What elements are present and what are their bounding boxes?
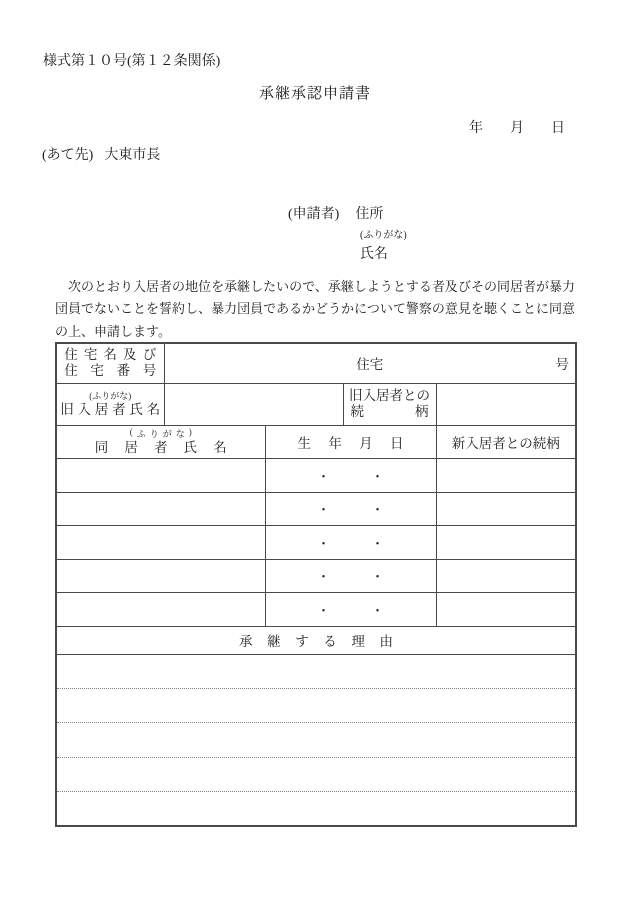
page: { "doc": { "form_number": "様式第１０号(第１２条関係… bbox=[0, 0, 630, 903]
reason-line bbox=[57, 655, 575, 688]
cohabitant-name-cell bbox=[56, 559, 265, 592]
birthdate-header: 生年月日 bbox=[298, 432, 404, 452]
date-dot: ・ bbox=[371, 499, 384, 518]
old-relation-label-line2: 続柄 bbox=[351, 404, 429, 421]
address-label: 住所 bbox=[355, 207, 383, 222]
date-dot: ・ bbox=[317, 466, 330, 485]
body-paragraph: 次のとおり入居者の地位を承継したいので、承継しようとする者及びその同居者が暴力団… bbox=[55, 276, 575, 343]
housing-name-label-line2: 住宅番号 bbox=[64, 363, 156, 380]
year-label: 年 bbox=[469, 121, 483, 136]
reason-header-row: 承継する理由 bbox=[56, 626, 576, 654]
date-dot: ・ bbox=[371, 533, 384, 552]
old-resident-label-cell: (ふりがな) 旧入居者氏名 bbox=[56, 383, 164, 425]
reason-area-row bbox=[56, 654, 576, 826]
cohabitant-name-header-cell: (ふりがな) 同居者氏名 bbox=[56, 425, 265, 458]
birthdate-header-cell: 生年月日 bbox=[265, 425, 436, 458]
housing-value-text: 住宅 bbox=[356, 357, 383, 372]
cohabitant-furigana: (ふりがな) bbox=[130, 427, 192, 440]
cohabitant-row-3: ・・ bbox=[56, 525, 576, 559]
date-dot: ・ bbox=[317, 600, 330, 619]
old-resident-row: (ふりがな) 旧入居者氏名 旧入居者との 続柄 bbox=[56, 383, 576, 425]
birthdate-cell: ・・ bbox=[265, 492, 436, 525]
date-dot: ・ bbox=[317, 533, 330, 552]
cohabitant-row-4: ・・ bbox=[56, 559, 576, 592]
application-form-sheet: 様式第１０号(第１２条関係) 承継承認申請書 年月日 (あて先)大東市長 (申請… bbox=[0, 0, 630, 903]
cohabitant-name-cell bbox=[56, 592, 265, 626]
addressee-name: 大東市長 bbox=[104, 148, 160, 163]
cohabitant-row-5: ・・ bbox=[56, 592, 576, 626]
applicant-label: (申請者) bbox=[288, 207, 339, 222]
birthdate-cell: ・・ bbox=[265, 559, 436, 592]
old-relation-input-cell bbox=[436, 383, 576, 425]
day-label: 日 bbox=[551, 121, 565, 136]
addressee-line: (あて先)大東市長 bbox=[42, 144, 160, 164]
reason-writing-area bbox=[56, 654, 576, 826]
cohabitant-row-1: ・・ bbox=[56, 458, 576, 492]
reason-line bbox=[57, 688, 575, 722]
new-relation-header: 新入居者との続柄 bbox=[436, 425, 576, 458]
cohabitant-row-2: ・・ bbox=[56, 492, 576, 525]
birthdate-cell: ・・ bbox=[265, 592, 436, 626]
date-dot: ・ bbox=[371, 466, 384, 485]
applicant-name-label: 氏名 bbox=[360, 243, 388, 263]
old-resident-furigana: (ふりがな) bbox=[57, 390, 164, 402]
date-dot: ・ bbox=[371, 600, 384, 619]
birthdate-cell: ・・ bbox=[265, 525, 436, 559]
date-dot: ・ bbox=[317, 566, 330, 585]
housing-name-label-line1: 住宅名及び bbox=[64, 347, 156, 364]
new-relation-cell bbox=[436, 559, 576, 592]
new-relation-cell bbox=[436, 592, 576, 626]
cohabitant-name-header: 同居者氏名 bbox=[95, 440, 227, 456]
new-relation-cell bbox=[436, 525, 576, 559]
new-relation-cell bbox=[436, 492, 576, 525]
reason-line bbox=[57, 791, 575, 825]
date-dot: ・ bbox=[371, 566, 384, 585]
old-resident-name-input-cell bbox=[164, 383, 343, 425]
housing-unit-label: 号 bbox=[556, 353, 570, 373]
old-resident-name-label: 旧入居者氏名 bbox=[60, 402, 160, 419]
page-title: 承継承認申請書 bbox=[0, 82, 630, 103]
reason-header: 承継する理由 bbox=[239, 630, 393, 650]
reason-line bbox=[57, 757, 575, 791]
housing-name-label-cell: 住宅名及び 住宅番号 bbox=[56, 343, 164, 383]
applicant-block: (申請者)住所 (ふりがな) 氏名 bbox=[288, 203, 383, 223]
cohabitant-name-cell bbox=[56, 525, 265, 559]
form-number: 様式第１０号(第１２条関係) bbox=[43, 50, 220, 70]
month-label: 月 bbox=[510, 121, 524, 136]
main-table: 住宅名及び 住宅番号 住宅 号 (ふりがな) 旧入居者氏名 旧入居者との 続柄 bbox=[55, 342, 577, 827]
cohabitant-name-cell bbox=[56, 492, 265, 525]
housing-row: 住宅名及び 住宅番号 住宅 号 bbox=[56, 343, 576, 383]
old-relation-label-line1: 旧入居者との bbox=[344, 388, 436, 405]
old-relation-label-cell: 旧入居者との 続柄 bbox=[343, 383, 436, 425]
cohabitant-name-cell bbox=[56, 458, 265, 492]
addressee-prefix: (あて先) bbox=[42, 148, 93, 163]
new-relation-cell bbox=[436, 458, 576, 492]
reason-line bbox=[57, 722, 575, 756]
date-dot: ・ bbox=[317, 499, 330, 518]
applicant-furigana-label: (ふりがな) bbox=[360, 226, 407, 241]
housing-value-cell: 住宅 号 bbox=[164, 343, 576, 383]
birthdate-cell: ・・ bbox=[265, 458, 436, 492]
date-line: 年月日 bbox=[469, 117, 565, 137]
reason-header-cell: 承継する理由 bbox=[56, 626, 576, 654]
cohabitant-header-row: (ふりがな) 同居者氏名 生年月日 新入居者との続柄 bbox=[56, 425, 576, 458]
